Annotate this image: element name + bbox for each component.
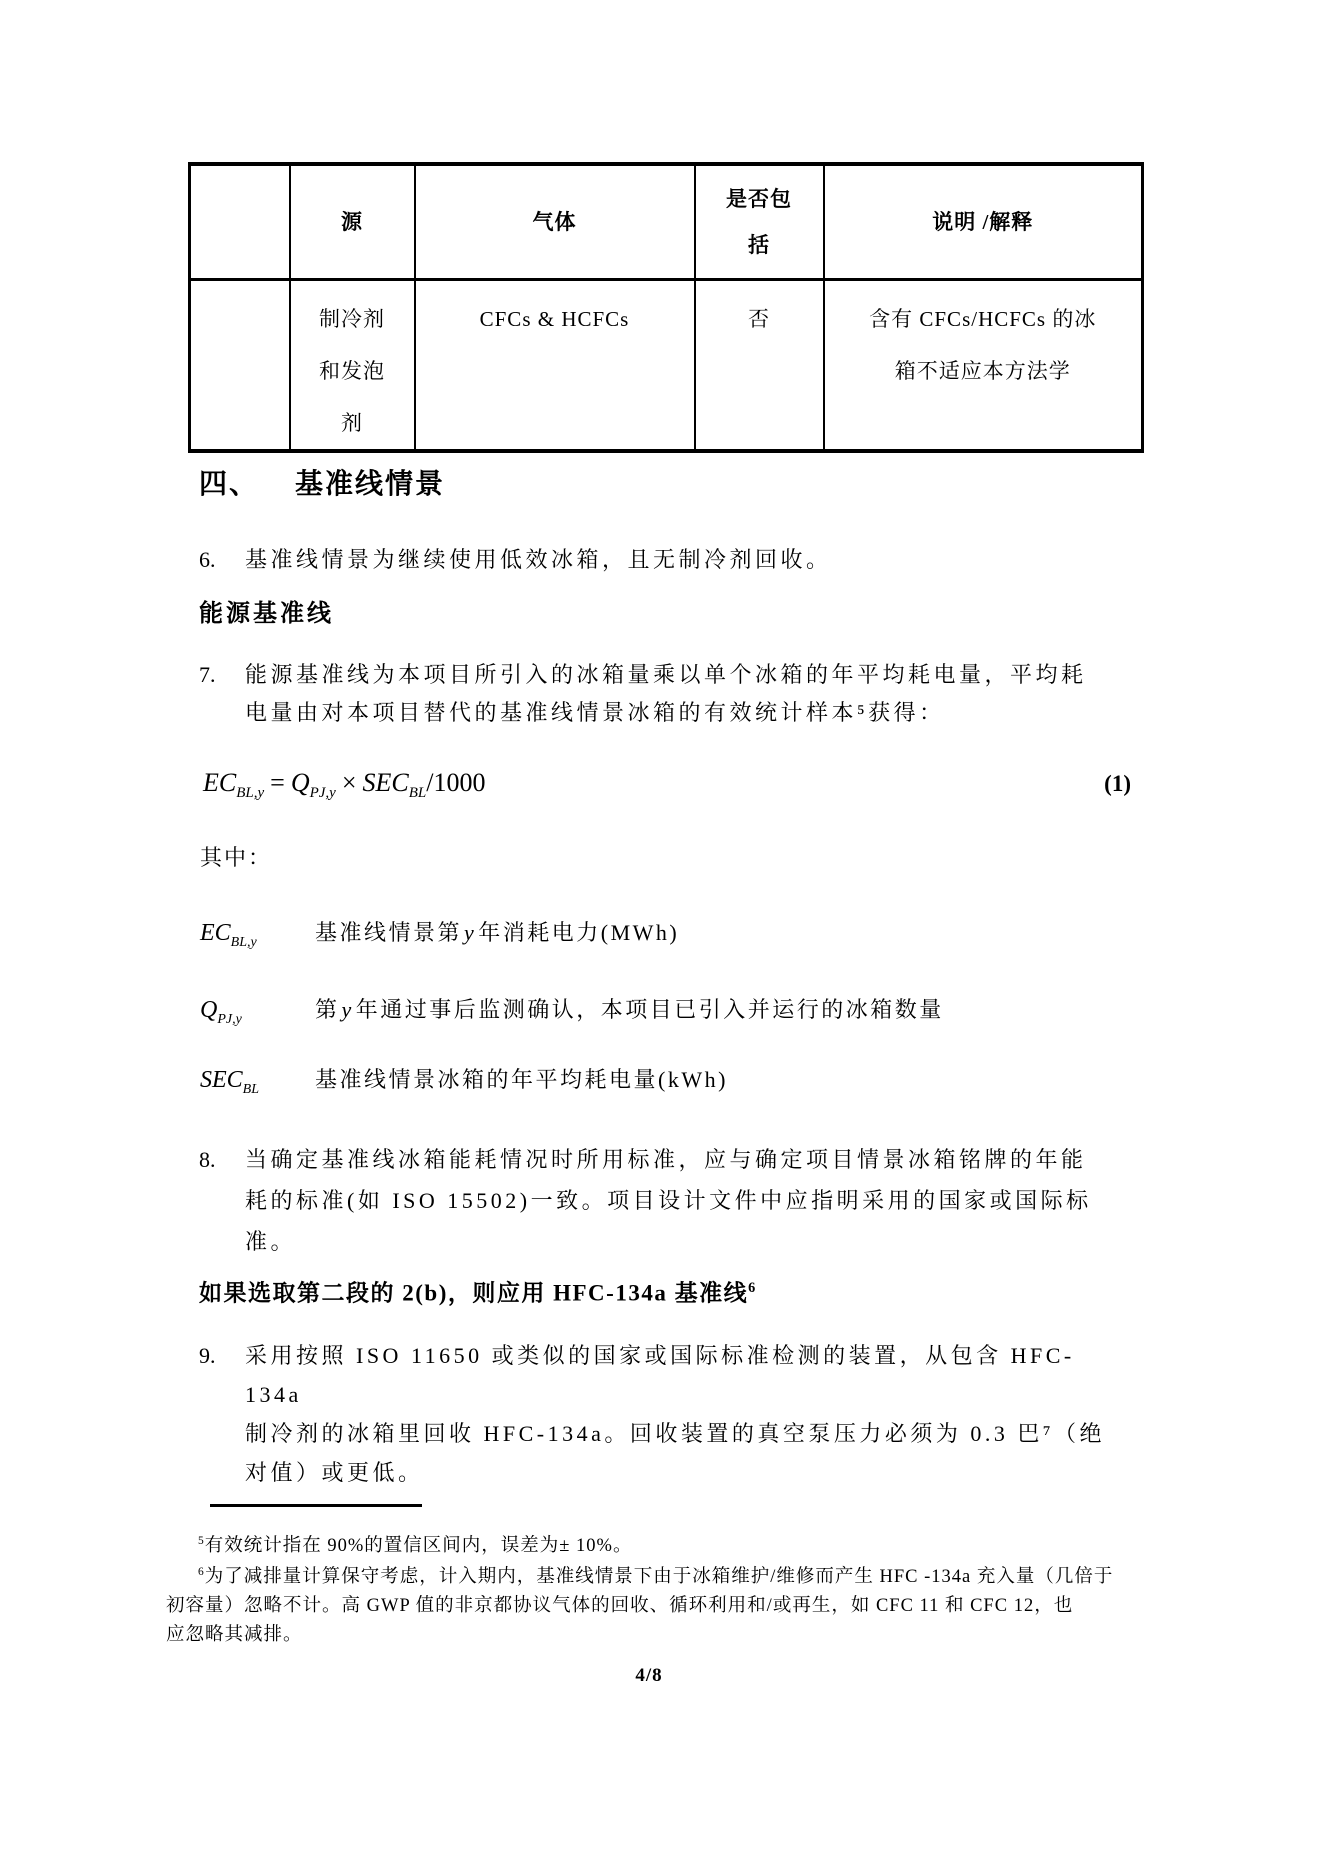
table-header-included: 是否包 括 (695, 164, 824, 280)
var-y: y (340, 997, 356, 1022)
definition-desc: 第y年通过事后监测确认，本项目已引入并运行的冰箱数量 (315, 995, 944, 1025)
equation-number: (1) (1104, 767, 1131, 801)
definition-row-sec: SECBL 基准线情景冰箱的年平均耗电量(kWh) (200, 1065, 1131, 1105)
definition-desc: 基准线情景第y年消耗电力(MWh) (315, 918, 679, 948)
item-text: 当确定基准线冰箱能耗情况时所用标准，应与确定项目情景冰箱铭牌的年能 耗的标准(如… (245, 1139, 1092, 1262)
item-text: 采用按照 ISO 11650 或类似的国家或国际标准检测的装置，从包含 HFC-… (245, 1336, 1131, 1492)
item-number: 9. (199, 1336, 245, 1375)
footnote-5: 5有效统计指在 90%的置信区间内，误差为± 10%。 (166, 1528, 1132, 1559)
item-number: 7. (199, 656, 245, 694)
item-number: 8. (199, 1139, 245, 1180)
var-ec-sub: BL,y (236, 785, 264, 801)
var-q: Q (291, 768, 310, 797)
table-row: 制冷剂 和发泡 剂 CFCs & HCFCs 否 含有 CFCs/HCFCs 的… (190, 280, 1143, 452)
list-item-7: 7. 能源基准线为本项目所引入的冰箱量乘以单个冰箱的年平均耗电量，平均耗 电量由… (199, 656, 1131, 732)
definition-term: SECBL (200, 1065, 315, 1105)
footnote-separator (210, 1504, 422, 1507)
table-cell-source: 制冷剂 和发泡 剂 (290, 280, 415, 452)
footnote-ref-6: 6 (748, 1280, 757, 1296)
list-item-8: 8. 当确定基准线冰箱能耗情况时所用标准，应与确定项目情景冰箱铭牌的年能 耗的标… (199, 1139, 1131, 1262)
definition-row-q: QPJ,y 第y年通过事后监测确认，本项目已引入并运行的冰箱数量 (200, 995, 1131, 1035)
var-sec: SEC (363, 768, 409, 797)
var-q-sub: PJ,y (310, 785, 336, 801)
table-cell-included: 否 (695, 280, 824, 452)
table-cell-explanation: 含有 CFCs/HCFCs 的冰 箱不适应本方法学 (824, 280, 1143, 452)
times-sign: × (336, 768, 363, 797)
page-number: 4/8 (166, 1665, 1132, 1687)
table-header-row: 源 气体 是否包 括 说明 /解释 (190, 164, 1143, 280)
equals-sign: = (264, 768, 291, 797)
equation-row: ECBL,y=QPJ,y×SECBL/1000 (1) (203, 766, 1131, 810)
footnote-6: 6为了减排量计算保守考虑，计入期内，基准线情景下由于冰箱维护/维修而产生 HFC… (166, 1558, 1132, 1650)
footnote-text: 为了减排量计算保守考虑，计入期内，基准线情景下由于冰箱维护/维修而产生 HFC … (166, 1567, 1113, 1645)
hfc-baseline-heading: 如果选取第二段的 2(b)，则应用 HFC-134a 基准线6 (199, 1272, 757, 1310)
item-number: 6. (199, 541, 245, 579)
document-page: 源 气体 是否包 括 说明 /解释 制冷剂 和发泡 剂 CFCs & HCFCs… (0, 0, 1323, 1871)
definition-term: QPJ,y (200, 995, 315, 1035)
section-number: 四、 (199, 467, 295, 503)
footnote-marker: 5 (198, 1535, 205, 1547)
item-text: 能源基准线为本项目所引入的冰箱量乘以单个冰箱的年平均耗电量，平均耗 电量由对本项… (245, 656, 1087, 732)
var-ec: EC (203, 768, 236, 797)
table-header-source: 源 (290, 164, 415, 280)
emission-sources-table: 源 气体 是否包 括 说明 /解释 制冷剂 和发泡 剂 CFCs & HCFCs… (188, 162, 1144, 453)
where-label: 其中： (200, 843, 272, 873)
definition-desc: 基准线情景冰箱的年平均耗电量(kWh) (315, 1065, 732, 1095)
divisor: /1000 (426, 768, 485, 797)
energy-baseline-subheading: 能源基准线 (199, 598, 334, 630)
var-y: y (462, 920, 478, 945)
item-text: 基准线情景为继续使用低效冰箱，且无制冷剂回收。 (245, 541, 832, 579)
table-cell-empty (190, 280, 290, 452)
section-heading: 四、基准线情景 (199, 467, 445, 503)
equation-1: ECBL,y=QPJ,y×SECBL/1000 (203, 766, 486, 810)
footnote-text: 有效统计指在 90%的置信区间内，误差为± 10%。 (205, 1536, 633, 1556)
list-item-9: 9. 采用按照 ISO 11650 或类似的国家或国际标准检测的装置，从包含 H… (199, 1336, 1131, 1492)
section-title: 基准线情景 (295, 469, 445, 500)
table-header-empty (190, 164, 290, 280)
footnote-marker: 6 (198, 1566, 205, 1578)
definition-row-ec: ECBL,y 基准线情景第y年消耗电力(MWh) (200, 918, 1131, 958)
list-item-6: 6. 基准线情景为继续使用低效冰箱，且无制冷剂回收。 (199, 541, 1131, 579)
table-header-explanation: 说明 /解释 (824, 164, 1143, 280)
table-cell-gas: CFCs & HCFCs (415, 280, 695, 452)
definition-term: ECBL,y (200, 918, 315, 958)
table-header-gas: 气体 (415, 164, 695, 280)
var-sec-sub: BL (409, 785, 427, 801)
